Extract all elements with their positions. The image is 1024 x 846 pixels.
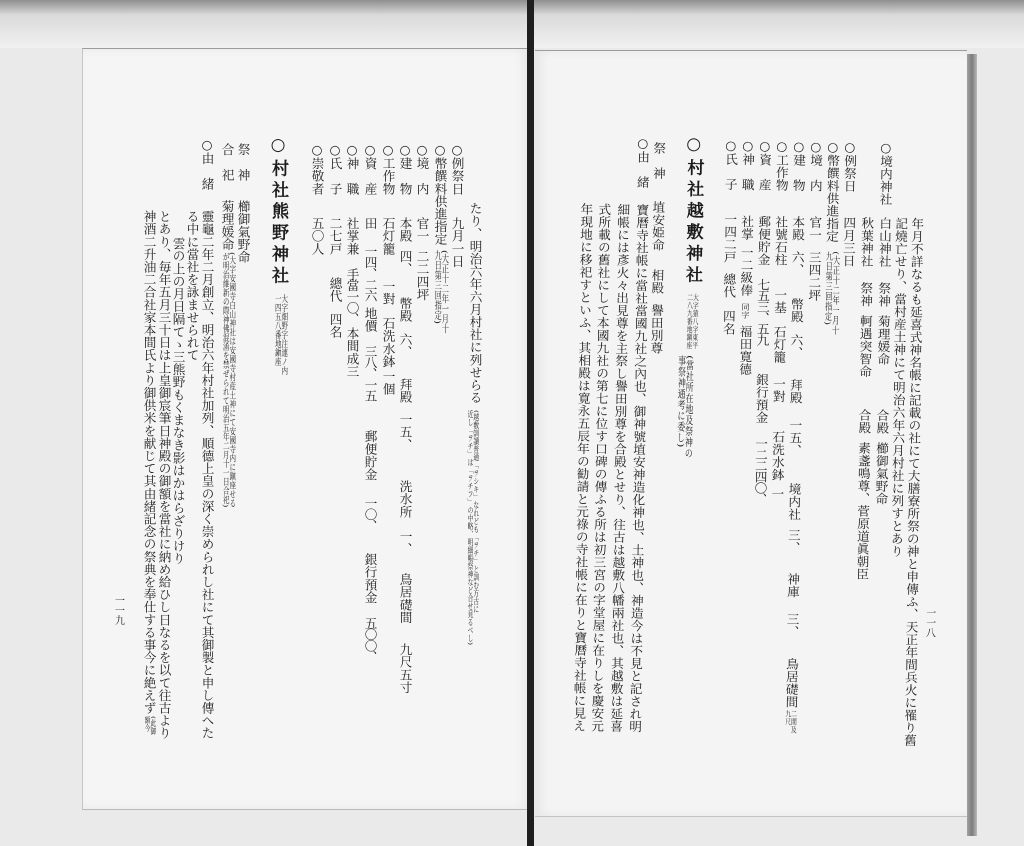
priest-allowance: 手當一〇、: [346, 268, 359, 324]
note-line: (越敷訓讀普通「ヲシキ」なれども「ヲチ」と訓む方古に: [473, 410, 479, 645]
building-item: 幣殿: [399, 297, 412, 322]
note-line: 九日第三回指定): [433, 250, 440, 334]
deity-name: 櫛御氣野命: [237, 200, 250, 263]
offering-designation-label: ○幣饌料供進指定: [434, 142, 447, 245]
continuation-line: たり、明治六年六月村社に列せらる: [469, 202, 482, 404]
reading-note: (越敷訓讀普通「ヲシキ」なれども「ヲチ」と訓む方古に 近し「ヲチ」は「ヲチフ」の…: [467, 410, 479, 645]
structure-item: 石洗水鉢: [382, 317, 395, 367]
note-line: 一四五八番地鎭座: [274, 294, 280, 375]
buildings-label: ○建 物: [399, 142, 412, 195]
offering-designation-note: (大正十二年一月十 九日第三回指定): [433, 250, 447, 334]
building-size: 四、: [399, 250, 412, 275]
building-size: 九尺五寸: [399, 643, 412, 693]
grounds-value: 官一: [416, 217, 429, 242]
asset-amount: 三八、一五: [364, 345, 377, 401]
left-page: たり、明治六年六月村社に列せらる (越敷訓讀普通「ヲシキ」なれども「ヲチ」と訓む…: [0, 0, 1024, 846]
history-line: 神酒二升油二合社家本間氏より御供米を献じて其由緒記念の祭典を奉仕する事今に絶えず: [143, 210, 156, 714]
structure-count: 一對: [382, 280, 395, 305]
priest-title: 社掌兼: [346, 217, 359, 255]
building-item: 本殿: [399, 217, 412, 242]
worshippers-label: ○崇敬者: [311, 142, 324, 195]
building-size: 一五、: [399, 413, 412, 451]
priest-name: 本間成三: [346, 327, 359, 377]
grounds-label: ○境 内: [416, 142, 429, 195]
priest-label: ○神 職: [346, 142, 359, 195]
building-size: 六、: [399, 333, 412, 358]
note-line: 大字畑野字注連ノ内: [280, 294, 286, 375]
history-label: ○由 緒: [201, 137, 214, 190]
structures-label: ○工作物: [382, 142, 395, 195]
asset-amount: 一〇、: [364, 497, 377, 530]
assets-label: ○資 産: [364, 142, 377, 195]
page-number: 一一九: [113, 595, 124, 625]
shrine-location-note: 大字畑野字注連ノ内 一四五八番地鎭座: [274, 294, 287, 375]
building-size: 一、: [399, 530, 412, 555]
merged-deity-label: 合 祀: [221, 143, 234, 181]
note-line: が明治維新の際神佛混淆を禁ぜられて明治五年二月十一日合祀): [222, 252, 228, 508]
asset-amount: 五〇〇、: [364, 617, 377, 661]
building-item: 鳥居礎間: [399, 573, 412, 623]
shrine-title: ○村社熊野神社: [269, 135, 287, 288]
asset-item: 郵便貯金: [364, 430, 377, 480]
note-line: (此御: [150, 716, 156, 735]
enshrined-deity-label: 祭 神: [237, 143, 250, 181]
parishioners-label: ○氏 子: [329, 142, 342, 195]
poem-line: 雲の上の月日隔てゝ三熊野もくまなき影はかはらざりけり: [172, 237, 185, 565]
note-line: (大正十二年一月十: [440, 250, 447, 334]
merged-deity-note: (大字安國寺白山神社は安國寺村産土神にて安國寺内に鎭座せる が明治維新の際神佛混…: [222, 252, 235, 508]
asset-amount: 一四、二六: [364, 245, 377, 301]
history-end-note: (此御 額今: [144, 716, 156, 735]
building-item: 洗水所: [399, 480, 412, 518]
festival-day-value: 九月一日: [451, 217, 464, 267]
representatives-count: 四名: [329, 313, 342, 338]
note-line: (大字安國寺白山神社は安國寺村産土神にて安國寺内に鎭座せる: [228, 252, 234, 508]
history-line: る中に當社を詠ませられて: [186, 210, 199, 361]
festival-day-label: ○例祭日: [451, 142, 464, 195]
grounds-value: 二二四坪: [416, 250, 429, 300]
worshippers-count: 五〇人: [311, 217, 324, 255]
merged-deity-name: 菊理媛命: [221, 200, 234, 250]
history-line: とあり、毎年五月三十日は上皇御宸筆日神殿の御額を當社に納め給ひし日なるを以て往古…: [158, 210, 171, 739]
asset-item: 地價: [364, 307, 377, 332]
structure-count: 一個: [382, 370, 395, 395]
asset-item: 銀行預金: [364, 553, 377, 603]
asset-item: 田: [364, 217, 377, 230]
note-line: 近し「ヲチ」は「ヲチフ」の中略、明細帳祭神など合せ見るべし): [467, 410, 473, 645]
history-line: 靈龜二年二月創立、明治六年村社加列、順德上皇の深く崇められし社にて其御製と申し傳…: [201, 210, 214, 739]
representatives-label: 總代: [329, 277, 342, 302]
parishioner-households: 二七戸: [329, 217, 342, 255]
building-item: 拜殿: [399, 378, 412, 403]
structure-item: 石灯籠: [382, 217, 395, 255]
